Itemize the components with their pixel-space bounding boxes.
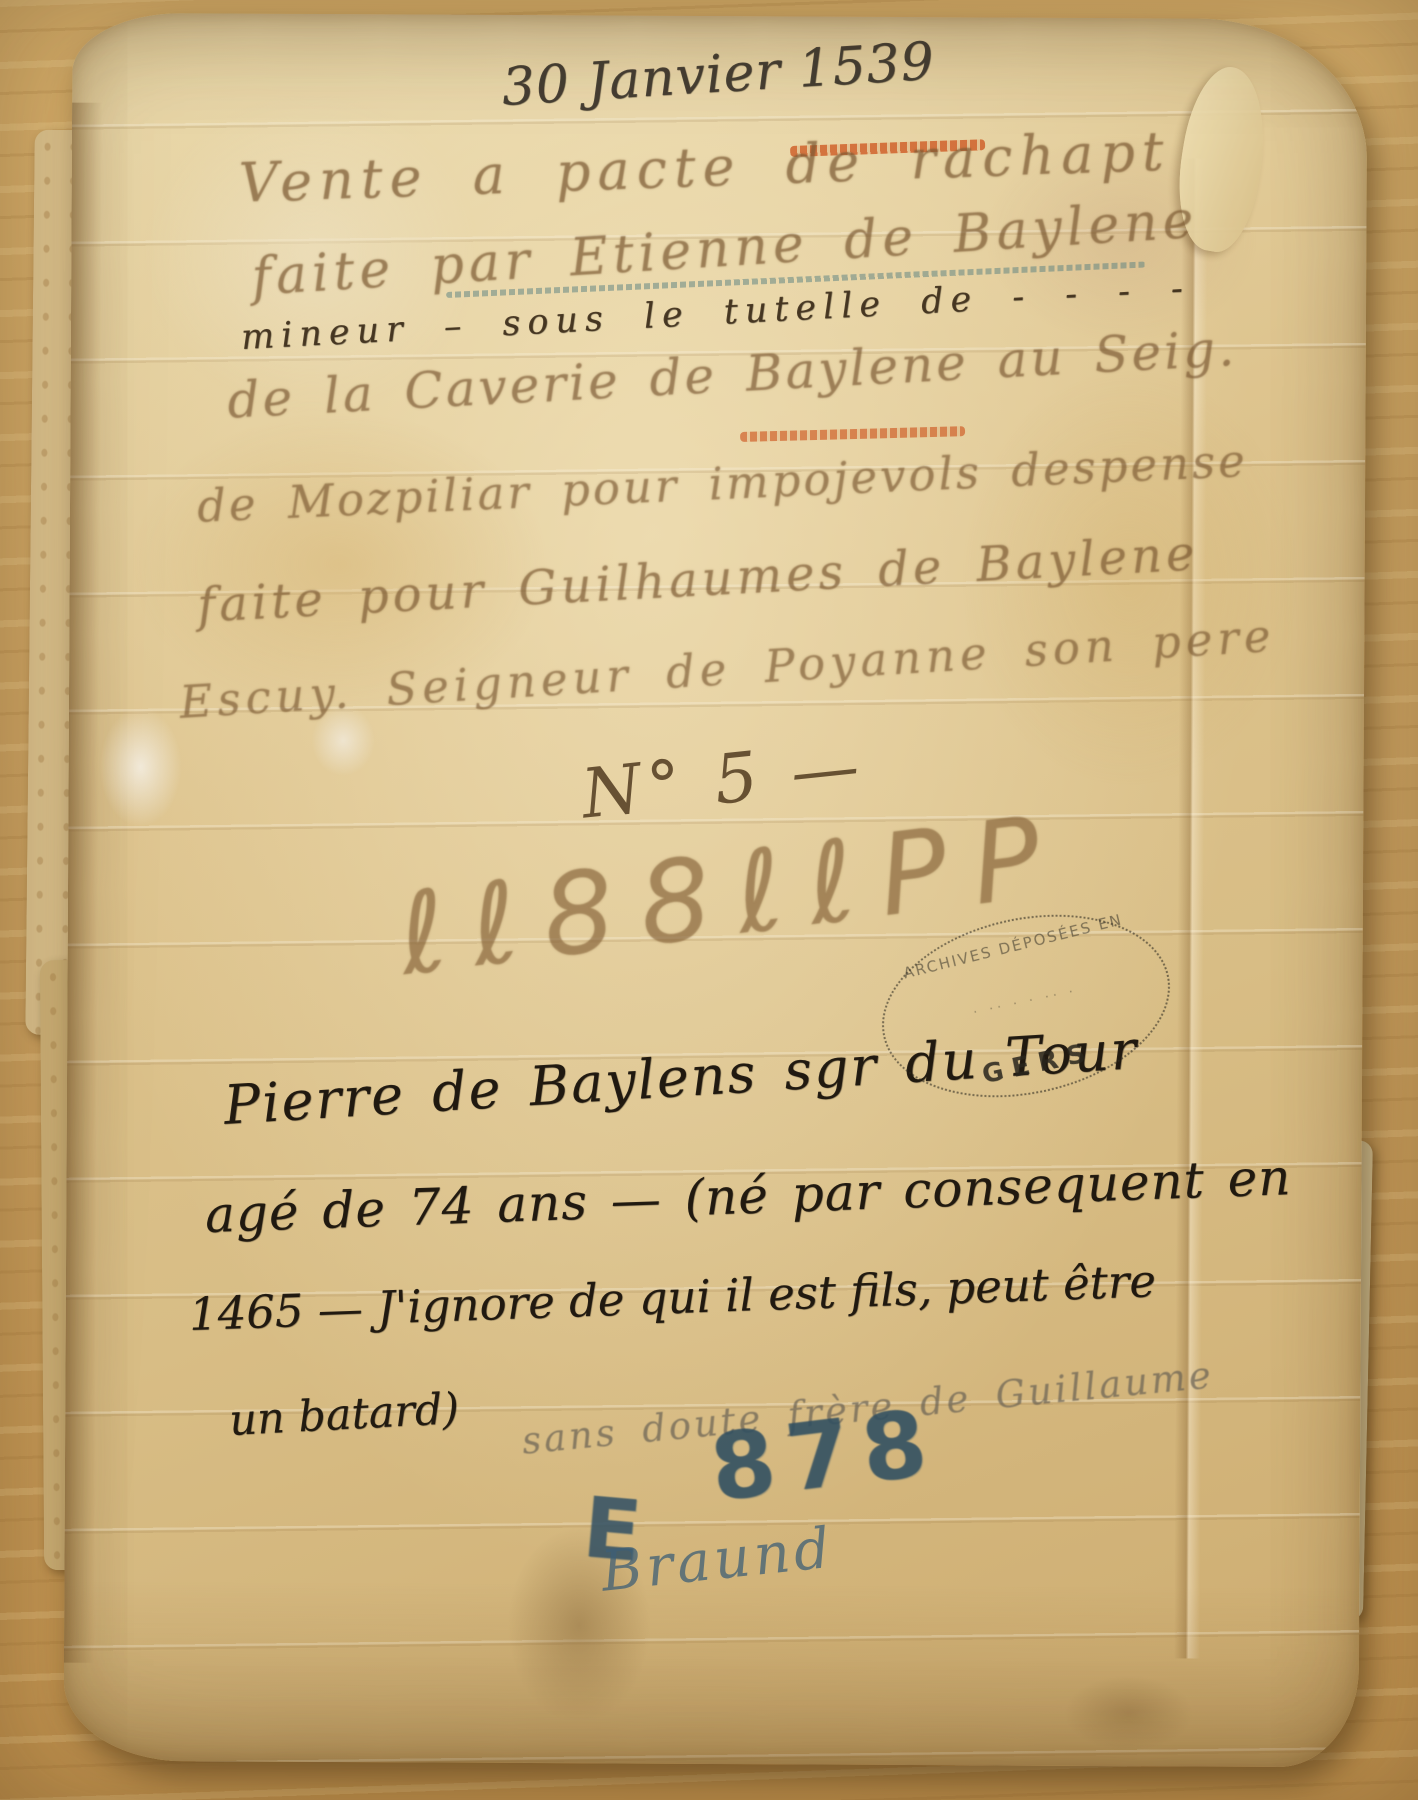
stamp-middle-marks: · ·· · · ·· · bbox=[972, 984, 1079, 1021]
manuscript-photo: 30 Janvier 1539 Vente a pacte de rachapt… bbox=[0, 0, 1418, 1800]
